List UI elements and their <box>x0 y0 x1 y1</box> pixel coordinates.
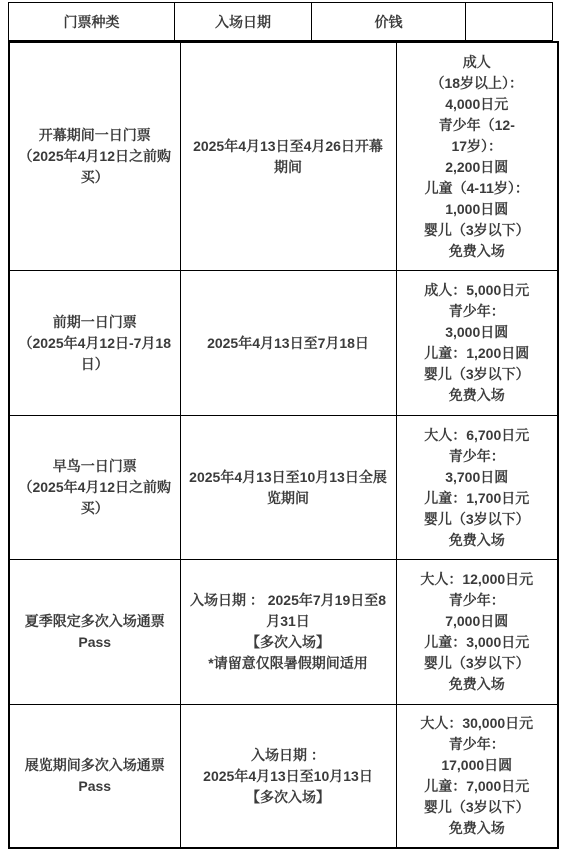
entry-date-cell: 2025年4月13日至7月18日 <box>180 271 396 416</box>
entry-date-cell: 2025年4月13日至4月26日开幕期间 <box>180 42 396 271</box>
price-cell: 大人：30,000日元 青少年： 17,000日圆 儿童：7,000日元 婴儿（… <box>396 705 558 849</box>
ticket-info-page: 门票种类 入场日期 价钱 开幕期间一日门票 （2025年4月12日之前购买） 2… <box>0 0 563 849</box>
ticket-type-cell: 夏季限定多次入场通票Pass <box>9 560 180 705</box>
header-filler-cell <box>466 3 553 41</box>
ticket-type-cell: 前期一日门票 （2025年4月12日-7月18日） <box>9 271 180 416</box>
price-cell: 大人：6,700日元 青少年： 3,700日圆 儿童：1,700日元 婴儿（3岁… <box>396 416 558 560</box>
table-row: 前期一日门票 （2025年4月12日-7月18日） 2025年4月13日至7月1… <box>9 271 558 416</box>
header-row: 门票种类 入场日期 价钱 <box>9 3 553 41</box>
header-entry-date: 入场日期 <box>175 3 312 41</box>
price-cell: 成人 （18岁以上）： 4,000日元 青少年（12- 17岁）： 2,200日… <box>396 42 558 271</box>
table-row: 夏季限定多次入场通票Pass 入场日期 ： 2025年7月19日至8月31日 【… <box>9 560 558 705</box>
header-ticket-type: 门票种类 <box>9 3 175 41</box>
header-price: 价钱 <box>312 3 466 41</box>
table-row: 开幕期间一日门票 （2025年4月12日之前购买） 2025年4月13日至4月2… <box>9 42 558 271</box>
price-cell: 大人：12,000日元 青少年： 7,000日圆 儿童：3,000日元 婴儿（3… <box>396 560 558 705</box>
table-header: 门票种类 入场日期 价钱 <box>8 2 553 41</box>
price-cell: 成人：5,000日元 青少年： 3,000日圆 儿童：1,200日圆 婴儿（3岁… <box>396 271 558 416</box>
ticket-type-cell: 开幕期间一日门票 （2025年4月12日之前购买） <box>9 42 180 271</box>
table-row: 早鸟一日门票 （2025年4月12日之前购买） 2025年4月13日至10月13… <box>9 416 558 560</box>
table-row: 展览期间多次入场通票Pass 入场日期 ： 2025年4月13日至10月13日 … <box>9 705 558 849</box>
entry-date-cell: 入场日期 ： 2025年4月13日至10月13日 【多次入场】 <box>180 705 396 849</box>
ticket-type-cell: 早鸟一日门票 （2025年4月12日之前购买） <box>9 416 180 560</box>
entry-date-cell: 入场日期 ： 2025年7月19日至8月31日 【多次入场】 *请留意仅限暑假期… <box>180 560 396 705</box>
entry-date-cell: 2025年4月13日至10月13日全展览期间 <box>180 416 396 560</box>
ticket-type-cell: 展览期间多次入场通票Pass <box>9 705 180 849</box>
ticket-table: 开幕期间一日门票 （2025年4月12日之前购买） 2025年4月13日至4月2… <box>8 41 559 849</box>
